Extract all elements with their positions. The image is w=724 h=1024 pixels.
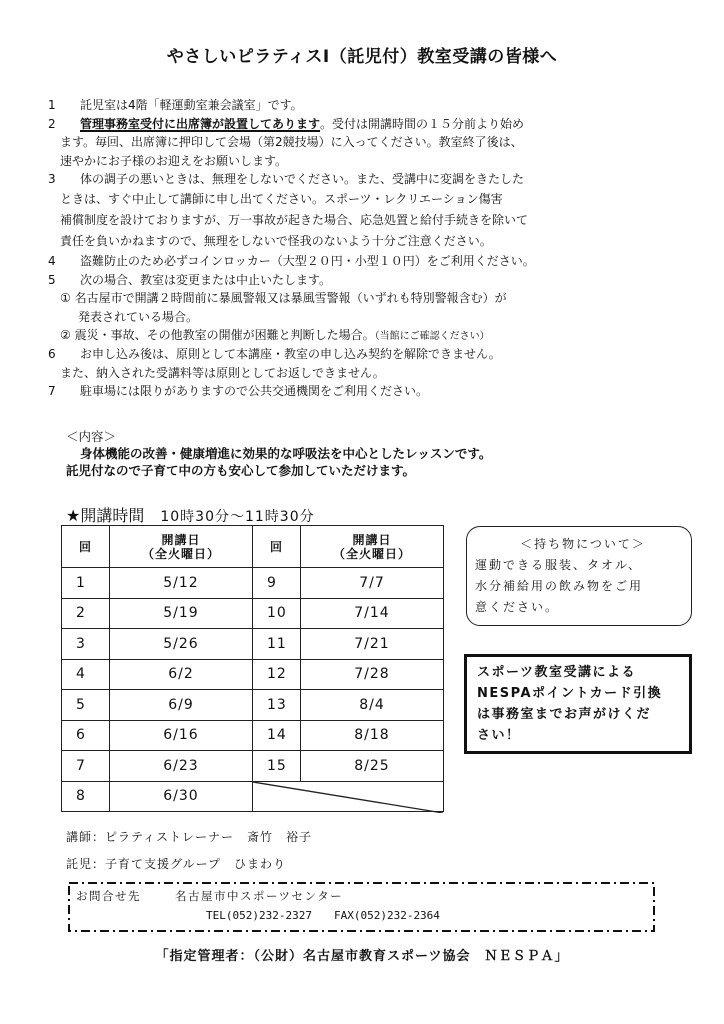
header-date-line2: （全火曜日） — [110, 547, 252, 561]
session-date: 6/9 — [110, 690, 253, 721]
diagonal-line-icon — [253, 782, 443, 813]
rule-3-line-2: ときは、すぐ中止して講師に申し出てください。スポーツ・レクリエーション傷害 — [48, 189, 688, 210]
session-date: 7/28 — [301, 659, 444, 690]
contact-label: お問合せ先 — [76, 889, 141, 903]
schedule-heading: ★開講時間 — [66, 506, 144, 525]
schedule-table: 回 開講日（全火曜日） 回 開講日（全火曜日） 15/12 97/7 25/19… — [61, 525, 444, 812]
session-date: 7/7 — [301, 568, 444, 599]
belongings-heading: ＜持ち物について＞ — [475, 534, 691, 555]
table-row: 76/23 158/25 — [62, 751, 444, 782]
header-date-line1: 開講日 — [110, 533, 252, 547]
header-num: 回 — [62, 526, 110, 568]
session-date: 7/14 — [301, 598, 444, 629]
notice-line: NESPAポイントカード引換 — [477, 683, 689, 704]
rule-2-line-2: ます。毎回、出席簿に押印して会場（第2競技場）に入ってください。教室終了後は、 — [48, 133, 688, 152]
session-num: 14 — [253, 720, 301, 751]
session-num: 9 — [253, 568, 301, 599]
notice-line: さい！ — [477, 725, 689, 746]
contact-org: 名古屋市中スポーツセンター — [175, 889, 343, 903]
nespa-point-card-notice: スポーツ教室受講による NESPAポイントカード引換 は事務室までお声がけくだ … — [464, 654, 692, 754]
session-num: 12 — [253, 659, 301, 690]
header-date-2: 開講日（全火曜日） — [301, 526, 444, 568]
header-num-2: 回 — [253, 526, 301, 568]
session-num: 3 — [62, 629, 110, 660]
schedule-time: 10時30分～11時30分 — [160, 509, 314, 525]
session-num: 4 — [62, 659, 110, 690]
rule-5-sub-2: ② 震災・事故、その他教室の開催が困難と判断した場合。（当館にご確認ください） — [48, 326, 688, 345]
rule-5-sub-1: ① 名古屋市で開講２時間前に暴風警報又は暴風雪警報（いずれも特別警報含む）が — [48, 289, 688, 308]
session-date: 6/30 — [110, 781, 253, 812]
session-date: 7/21 — [301, 629, 444, 660]
session-num: 6 — [62, 720, 110, 751]
table-row: 35/26 117/21 — [62, 629, 444, 660]
table-row: 25/19 107/14 — [62, 598, 444, 629]
rule-6: 6お申し込み後は、原則として本講座・教室の申し込み契約を解除できません。 — [48, 345, 688, 364]
session-date: 8/18 — [301, 720, 444, 751]
belongings-line: 意ください。 — [475, 597, 691, 618]
header-date-line2: （全火曜日） — [301, 547, 443, 561]
belongings-line: 水分補給用の飲み物をご用 — [475, 576, 691, 597]
contact-line-1: お問合せ先名古屋市中スポーツセンター — [76, 888, 343, 904]
table-row: 15/12 97/7 — [62, 568, 444, 599]
notice-line: は事務室までお声がけくだ — [477, 704, 689, 725]
table-header: 回 開講日（全火曜日） 回 開講日（全火曜日） — [62, 526, 444, 568]
rule-3-line-4: 責任を負いかねますので、無理をしないで怪我のないよう十分ご注意ください。 — [48, 231, 688, 252]
session-num: 10 — [253, 598, 301, 629]
session-date: 8/4 — [301, 690, 444, 721]
rules-list: 1託児室は4階「軽運動室兼会議室」です。 2管理事務室受付に出席簿が設置してあり… — [48, 96, 688, 401]
content-heading: ＜内容＞ — [66, 428, 666, 445]
content-line-2: 託児付なので子育て中の方も安心して参加していただけます。 — [66, 462, 666, 479]
rule-3: 3体の調子の悪いときは、無理をしないでください。また、受講中に変調をきたした — [48, 170, 688, 189]
contact-fax: FAX(052)232-2364 — [334, 909, 440, 922]
session-num: 2 — [62, 598, 110, 629]
session-date: 6/2 — [110, 659, 253, 690]
childcare-info: 託児：子育て支援グループ ひまわり — [66, 855, 286, 872]
session-num: 11 — [253, 629, 301, 660]
rule-6-line-2: また、納入された受講料等は原則としてお返しできません。 — [48, 364, 688, 383]
table-row: 66/16 148/18 — [62, 720, 444, 751]
rule-5: 5次の場合、教室は変更または中止いたします。 — [48, 271, 688, 290]
content-section: ＜内容＞ 身体機能の改善・健康増進に効果的な呼吸法を中心としたレッスンです。 託… — [66, 428, 666, 479]
rule-4: 4盗難防止のため必ずコインロッカー（大型２０円・小型１０円）をご利用ください。 — [48, 252, 688, 271]
belongings-line: 運動できる服装、タオル、 — [475, 555, 691, 576]
header-date-line1: 開講日 — [301, 533, 443, 547]
session-date: 8/25 — [301, 751, 444, 782]
session-date: 5/26 — [110, 629, 253, 660]
rule-5-sub-1-line-2: 発表されている場合。 — [48, 308, 688, 327]
page-title: やさしいピラティスⅠ（託児付）教室受講の皆様へ — [0, 42, 724, 67]
session-num: 13 — [253, 690, 301, 721]
table-row: 46/2 127/28 — [62, 659, 444, 690]
session-num: 8 — [62, 781, 110, 812]
session-date: 6/16 — [110, 720, 253, 751]
session-date: 5/12 — [110, 568, 253, 599]
important-underlined-text: 管理事務室受付に出席簿が設置してあります — [80, 117, 320, 131]
content-line-1: 身体機能の改善・健康増進に効果的な呼吸法を中心としたレッスンです。 — [66, 445, 666, 462]
rule-2: 2管理事務室受付に出席簿が設置してあります。受付は開講時間の１５分前より始め — [48, 115, 688, 134]
footer-designated-manager: 「指定管理者：（公財）名古屋市教育スポーツ協会 ＮＥＳＰＡ」 — [0, 945, 724, 964]
rule-2-line-3: 速やかにお子様のお迎えをお願いします。 — [48, 152, 688, 171]
header-date: 開講日（全火曜日） — [110, 526, 253, 568]
notice-line: スポーツ教室受講による — [477, 662, 689, 683]
session-num: 7 — [62, 751, 110, 782]
session-num: 1 — [62, 568, 110, 599]
session-num: 15 — [253, 751, 301, 782]
session-num: 5 — [62, 690, 110, 721]
rule-7: 7駐車場には限りがありますので公共交通機関をご利用ください。 — [48, 382, 688, 401]
contact-tel: TEL(052)232-2327 — [206, 909, 312, 922]
contact-box: お問合せ先名古屋市中スポーツセンター TEL(052)232-2327FAX(0… — [68, 882, 655, 932]
rule-1: 1託児室は4階「軽運動室兼会議室」です。 — [48, 96, 688, 115]
contact-line-2: TEL(052)232-2327FAX(052)232-2364 — [206, 909, 440, 922]
rule-3-line-3: 補償制度を設けておりますが、万一事故が起きた場合、応急処置と給付手続きを除いて — [48, 210, 688, 231]
table-row: 56/9 138/4 — [62, 690, 444, 721]
empty-cell-diagonal — [253, 781, 444, 812]
belongings-box: ＜持ち物について＞ 運動できる服装、タオル、 水分補給用の飲み物をご用 意くださ… — [466, 526, 692, 626]
session-date: 5/19 — [110, 598, 253, 629]
lecturer-info: 講師：ピラティストレーナー 斎竹 裕子 — [66, 828, 312, 845]
table-row: 86/30 — [62, 781, 444, 812]
session-date: 6/23 — [110, 751, 253, 782]
schedule-title: ★開講時間10時30分～11時30分 — [66, 503, 315, 526]
